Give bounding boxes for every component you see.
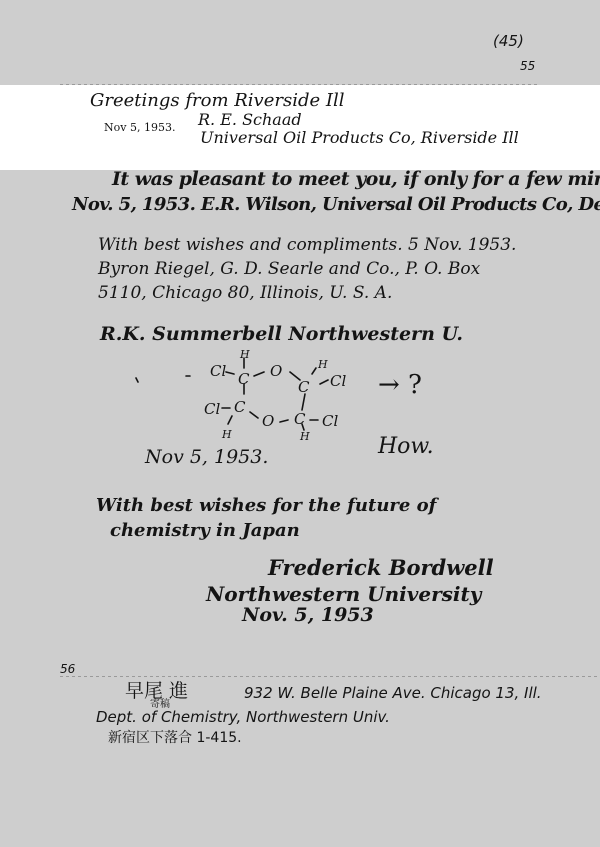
entry-signature: R.K. Summerbell Northwestern U. — [100, 325, 463, 344]
dotted-divider-top — [60, 84, 540, 85]
entry-signature: Nov. 5, 1953. E.R. Wilson, Universal Oil… — [72, 196, 600, 214]
entry-text: Greetings from Riverside Ill — [90, 92, 345, 110]
svg-text:O: O — [270, 362, 282, 380]
page-number-bottom: 56 — [60, 663, 75, 675]
entry-date: Nov. 5, 1953 — [242, 606, 374, 625]
dotted-divider-bottom — [60, 676, 600, 677]
entry-signature: Byron Riegel, G. D. Searle and Co., P. O… — [98, 261, 480, 278]
svg-text:H: H — [299, 430, 310, 443]
entry-text: chemistry in Japan — [110, 522, 300, 540]
entry-affiliation: Universal Oil Products Co, Riverside Ill — [200, 130, 519, 146]
entry-date: Nov 5, 1953. — [145, 448, 268, 467]
svg-text:Cl: Cl — [204, 400, 220, 418]
entry-date: Nov 5, 1953. — [104, 122, 175, 133]
entry-text: With best wishes for the future of — [96, 497, 436, 515]
svg-text:Cl: Cl — [210, 362, 226, 380]
svg-text:C: C — [298, 378, 310, 396]
svg-text:C: C — [294, 410, 306, 428]
svg-text:Cl: Cl — [330, 372, 346, 390]
svg-text:C: C — [234, 398, 246, 416]
svg-text:H: H — [317, 358, 328, 371]
entry-signature: R. E. Schaad — [198, 112, 302, 128]
entry-text: It was pleasant to meet you, if only for… — [112, 170, 600, 189]
entry-address: 5110, Chicago 80, Illinois, U. S. A. — [98, 285, 392, 302]
entry-address: 932 W. Belle Plaine Ave. Chicago 13, Ill… — [244, 686, 542, 701]
entry-japan-address: 新宿区下落合 1-415. — [108, 731, 242, 745]
entry-signature: Frederick Bordwell — [268, 557, 494, 578]
entry-affiliation: Northwestern University — [206, 584, 481, 604]
svg-text:C: C — [238, 370, 250, 388]
page-number-top: 55 — [520, 60, 535, 72]
page-number-circled: (45) — [493, 34, 524, 49]
svg-text:O: O — [262, 412, 274, 430]
svg-text:H: H — [239, 350, 250, 361]
reaction-arrow-question: → ? — [378, 372, 422, 398]
entry-text: With best wishes and compliments. 5 Nov.… — [98, 237, 516, 254]
question-text: How. — [378, 436, 434, 458]
chemical-structure-diagram: H Cl C O H C Cl Cl C O C Cl H H — [130, 350, 370, 450]
svg-text:Cl: Cl — [322, 412, 338, 430]
svg-text:H: H — [221, 428, 232, 441]
entry-affiliation: Dept. of Chemistry, Northwestern Univ. — [96, 710, 390, 725]
